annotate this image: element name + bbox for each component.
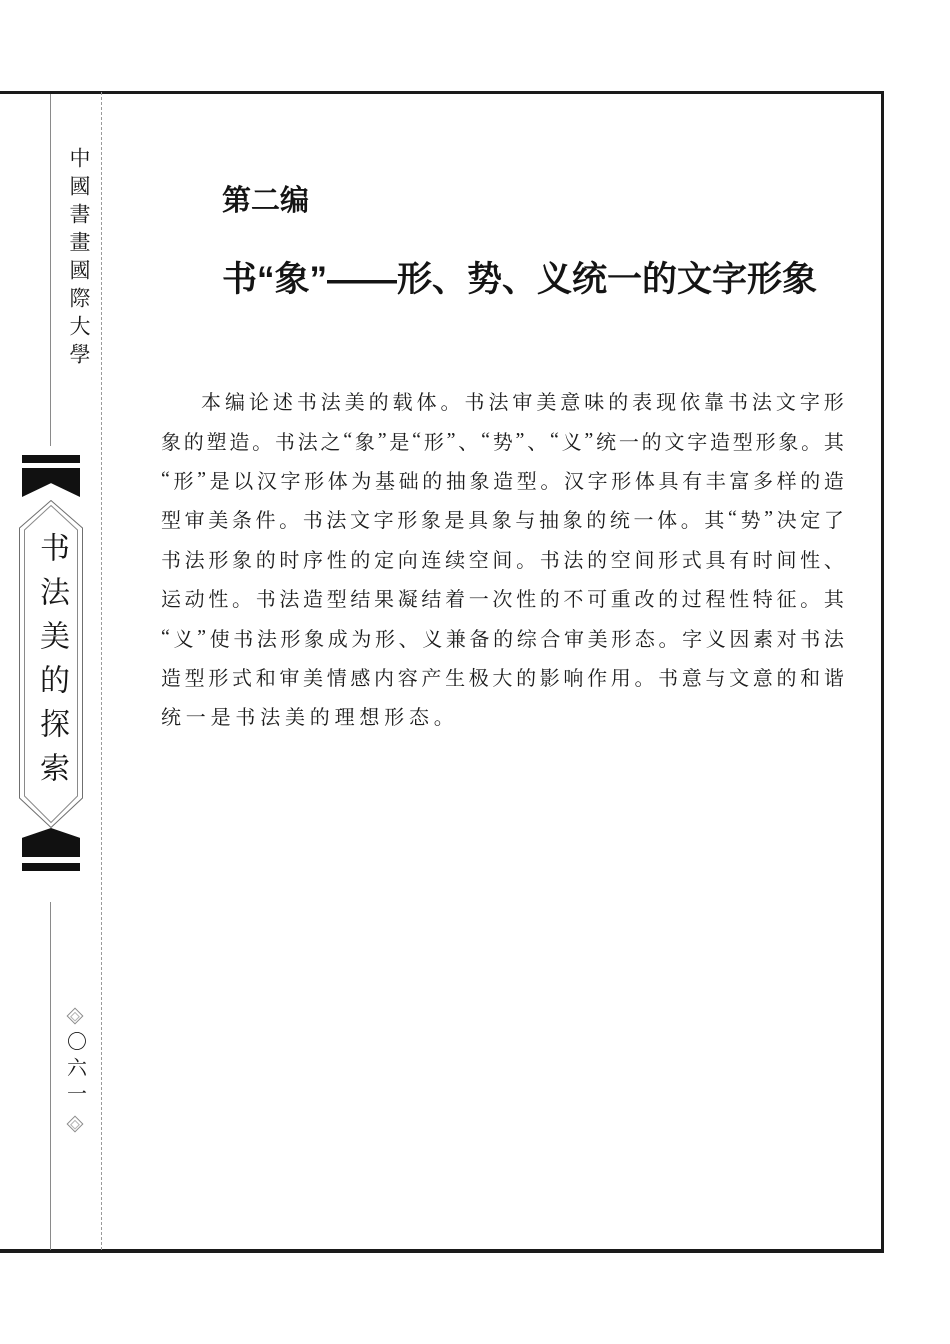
part-label: 第二编 [222,185,309,218]
diamond-ornament-icon [67,1008,84,1025]
emblem-bottom-ribbon-icon [22,828,80,857]
frame-bottom-border [0,1249,884,1253]
university-name: 中國書畫國際大學 [64,147,94,371]
paragraph-line: 本编论述书法美的载体。书法审美意味的表现依靠书法文字形 [161,381,844,420]
paragraph-line: 运动性。书法造型结果凝结着一次性的不可重改的过程性特征。其 [161,578,844,617]
emblem-top-bar [22,455,80,463]
page-number-text: 〇六一 [61,1031,90,1109]
paragraph-line: 书法形象的时序性的定向连续空间。书法的空间形式具有时间性、 [161,539,844,578]
emblem-top-ribbon-icon [22,468,80,497]
series-emblem: 书法美的探索 [19,455,83,871]
book-title: 书法美的探索 [19,500,83,828]
paragraph-line: 型审美条件。书法文字形象是具象与抽象的统一体。其“势”决定了 [161,499,844,538]
book-page: 中國書畫國際大學 书法美的探索 〇六一 第二编 书“象”——形、势、义统一的文字… [0,0,950,1344]
sidebar-inner-line-bottom [50,902,51,1250]
emblem-hexagon-frame: 书法美的探索 [19,500,83,828]
emblem-bottom-bar [22,863,80,871]
frame-top-border [0,91,884,94]
sidebar-divider-line [101,92,102,1250]
diamond-ornament-icon [67,1116,84,1133]
paragraph-line: “义”使书法形象成为形、义兼备的综合审美形态。字义因素对书法 [161,617,844,656]
paragraph-line: 象的塑造。书法之“象”是“形”、“势”、“义”统一的文字造型形象。其 [161,420,844,459]
frame-right-border [881,91,884,1253]
body-paragraph: 本编论述书法美的载体。书法审美意味的表现依靠书法文字形 象的塑造。书法之“象”是… [161,381,844,736]
chapter-title: 书“象”——形、势、义统一的文字形象 [222,256,817,304]
paragraph-line: 统一是书法美的理想形态。 [161,696,844,735]
paragraph-line: 造型形式和审美情感内容产生极大的影响作用。书意与文意的和谐 [161,657,844,696]
page-number: 〇六一 [58,1006,92,1134]
sidebar-inner-line-top [50,94,51,446]
paragraph-line: “形”是以汉字形体为基础的抽象造型。汉字形体具有丰富多样的造 [161,460,844,499]
